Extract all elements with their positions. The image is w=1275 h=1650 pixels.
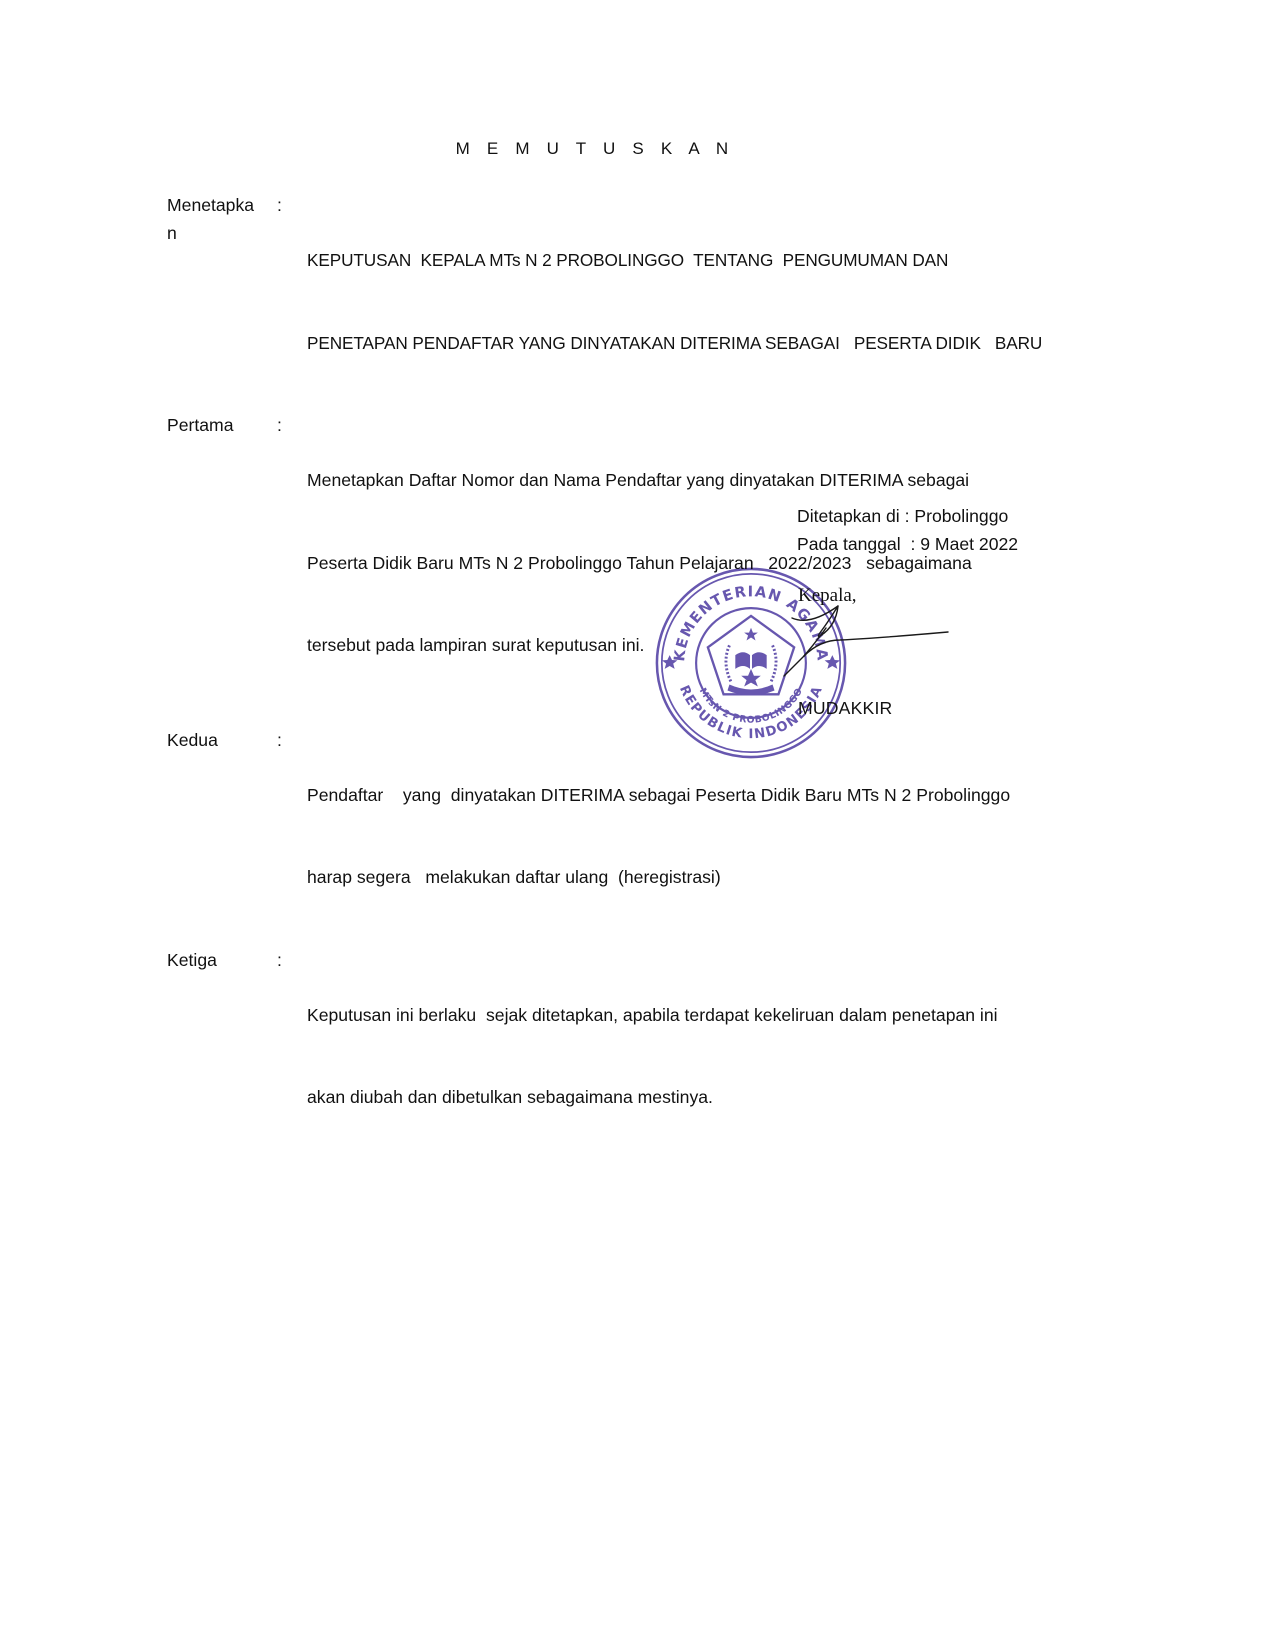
- clause-line: harap segera melakukan daftar ulang (her…: [307, 864, 1087, 892]
- clause-line: PENETAPAN PENDAFTAR YANG DINYATAKAN DITE…: [307, 330, 1087, 358]
- clause-separator: :: [277, 947, 307, 975]
- clause-separator: :: [277, 727, 307, 755]
- clause-line: Pendaftar yang dinyatakan DITERIMA sebag…: [307, 782, 1087, 810]
- clause-line: KEPUTUSAN KEPALA MTs N 2 PROBOLINGGO TEN…: [307, 247, 1087, 275]
- clause-separator: :: [277, 412, 307, 440]
- clause-label: Kedua: [167, 727, 277, 755]
- clause-label-line: Menetapka: [167, 192, 267, 220]
- clause-label: Pertama: [167, 412, 277, 440]
- clause-label: Ketiga: [167, 947, 277, 975]
- clause-ketiga: Ketiga : Keputusan ini berlaku sejak dit…: [167, 947, 1087, 1167]
- signature-block: Ditetapkan di : Probolinggo Pada tanggal…: [797, 503, 1018, 558]
- clause-label-line: n: [167, 220, 267, 248]
- clause-kedua: Kedua : Pendaftar yang dinyatakan DITERI…: [167, 727, 1087, 947]
- signer-name: MUDAKKIR: [798, 698, 892, 719]
- clause-label: Menetapka n: [167, 192, 267, 247]
- decision-heading: M E M U T U S K A N: [0, 139, 1190, 159]
- clause-body: Keputusan ini berlaku sejak ditetapkan, …: [307, 947, 1087, 1167]
- clause-menetapkan: Menetapka n : KEPUTUSAN KEPALA MTs N 2 P…: [167, 192, 1087, 412]
- clause-line: akan diubah dan dibetulkan sebagaimana m…: [307, 1084, 1087, 1112]
- clause-body: KEPUTUSAN KEPALA MTs N 2 PROBOLINGGO TEN…: [307, 192, 1087, 412]
- place-of-issue: Ditetapkan di : Probolinggo: [797, 503, 1018, 531]
- document-page: M E M U T U S K A N Menetapka n : KEPUTU…: [0, 0, 1275, 1650]
- clause-line: Menetapkan Daftar Nomor dan Nama Pendaft…: [307, 467, 1087, 495]
- clause-line: Keputusan ini berlaku sejak ditetapkan, …: [307, 1002, 1087, 1030]
- handwritten-signature-icon: [780, 596, 950, 696]
- date-of-issue: Pada tanggal : 9 Maet 2022: [797, 531, 1018, 559]
- clause-separator: :: [277, 192, 307, 220]
